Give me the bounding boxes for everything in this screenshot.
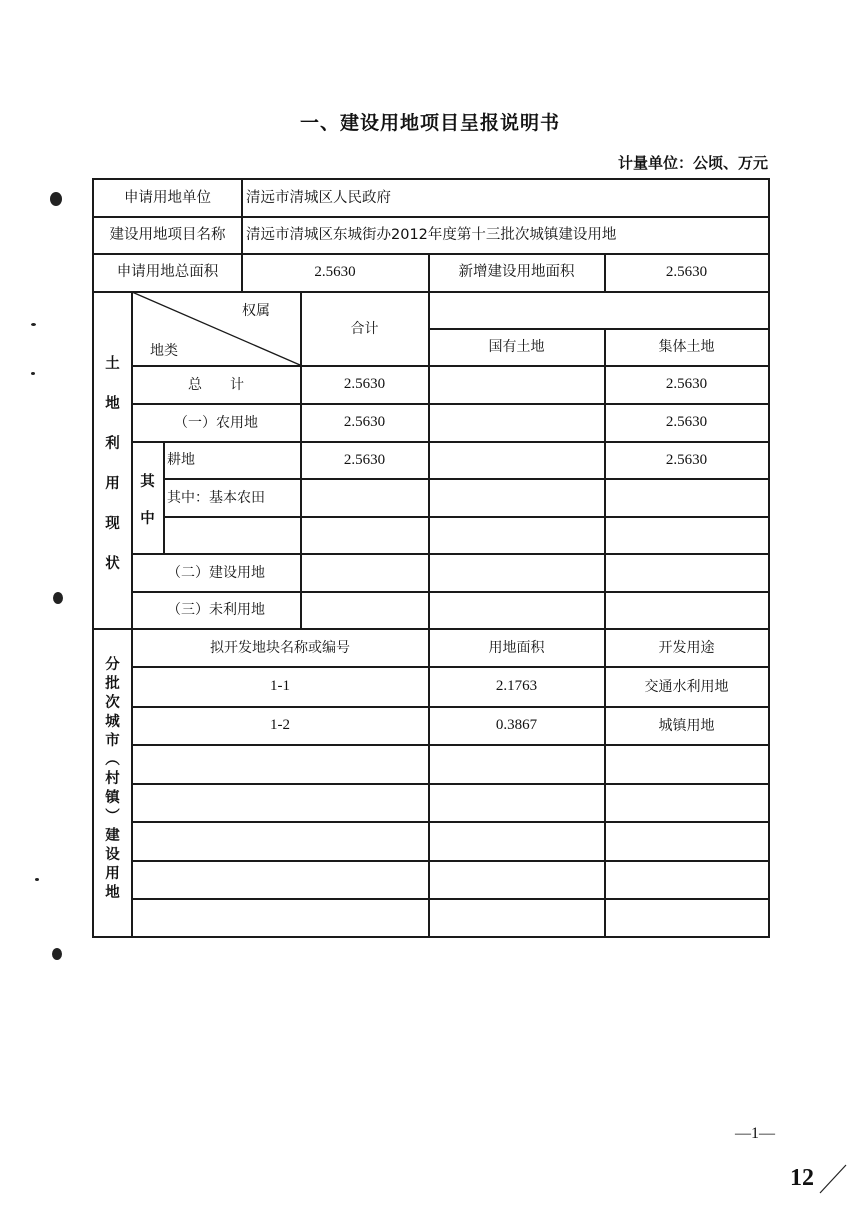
row-total-value: 2.5630	[301, 366, 428, 403]
project-name-label: 建设用地项目名称	[94, 217, 241, 253]
row-collective-value	[605, 517, 768, 553]
col-plot-area-header: 用地面积	[429, 630, 604, 666]
plot-use: 城镇用地	[605, 707, 768, 744]
col-collective-header: 集体土地	[605, 329, 768, 365]
row-collective-value	[605, 554, 768, 591]
total-area-value: 2.5630	[242, 254, 428, 291]
row-collective-value	[605, 592, 768, 628]
diag-header-land-type: 地类	[150, 340, 178, 360]
plot-area	[429, 861, 604, 898]
plot-use	[605, 745, 768, 783]
plot-name	[132, 899, 428, 936]
row-collective-value: 2.5630	[605, 442, 768, 478]
row-total-value: 2.5630	[301, 404, 428, 441]
row-state-value	[429, 479, 604, 516]
col-state-header: 国有土地	[429, 329, 604, 365]
col-total-header: 合计	[301, 292, 428, 365]
among-label: 其 中	[132, 470, 163, 528]
row-label-cultivated: 耕地	[164, 442, 300, 478]
row-total-value	[301, 517, 428, 553]
plot-area	[429, 822, 604, 860]
plot-area	[429, 784, 604, 821]
plot-use	[605, 784, 768, 821]
row-collective-value	[605, 479, 768, 516]
row-state-value	[429, 592, 604, 628]
row-label-total: 总 计	[132, 366, 300, 403]
application-table: 申请用地单位 清远市清城区人民政府 建设用地项目名称 清远市清城区东城街办201…	[0, 0, 850, 1206]
total-area-label: 申请用地总面积	[94, 254, 241, 291]
row-total-value	[301, 554, 428, 591]
col-plot-use-header: 开发用途	[605, 630, 768, 666]
row-label-construction: （二）建设用地	[132, 554, 300, 591]
applicant-value: 清远市清城区人民政府	[242, 180, 768, 216]
plot-area	[429, 745, 604, 783]
row-label-agricultural: （一）农用地	[132, 404, 300, 441]
new-area-label: 新增建设用地面积	[429, 254, 604, 291]
page-number: —1—	[735, 1125, 775, 1143]
plot-use	[605, 899, 768, 936]
col-plot-name-header: 拟开发地块名称或编号	[132, 630, 428, 666]
plot-area: 2.1763	[429, 667, 604, 706]
plot-name	[132, 861, 428, 898]
plot-name: 1-1	[132, 667, 428, 706]
row-total-value	[301, 479, 428, 516]
new-area-value: 2.5630	[605, 254, 768, 291]
applicant-label: 申请用地单位	[94, 180, 241, 216]
plot-use: 交通水利用地	[605, 667, 768, 706]
plot-use	[605, 861, 768, 898]
plot-area: 0.3867	[429, 707, 604, 744]
row-state-value	[429, 442, 604, 478]
row-state-value	[429, 554, 604, 591]
plot-use	[605, 822, 768, 860]
plot-name	[132, 784, 428, 821]
row-state-value	[429, 517, 604, 553]
handwritten-slash	[818, 1163, 848, 1195]
project-name-value: 清远市清城区东城街办2012年度第十三批次城镇建设用地	[242, 217, 768, 253]
handwritten-page-number: 12	[790, 1165, 814, 1192]
row-collective-value: 2.5630	[605, 366, 768, 403]
row-collective-value: 2.5630	[605, 404, 768, 441]
row-label-unused: （三）未利用地	[132, 592, 300, 628]
plot-name: 1-2	[132, 707, 428, 744]
land-use-section-label: 土 地 利 用 现 状	[94, 352, 131, 573]
diag-header-ownership: 权属	[242, 300, 270, 320]
row-total-value: 2.5630	[301, 442, 428, 478]
batch-section-label: 分 批 次 城 市 ︵ 村 镇 ︶ 建 设 用 地	[94, 656, 131, 903]
plot-area	[429, 899, 604, 936]
row-label-basic-farmland: 其中：基本农田	[164, 479, 300, 516]
plot-name	[132, 745, 428, 783]
row-total-value	[301, 592, 428, 628]
row-state-value	[429, 404, 604, 441]
row-label-blank	[164, 517, 300, 553]
plot-name	[132, 822, 428, 860]
row-state-value	[429, 366, 604, 403]
